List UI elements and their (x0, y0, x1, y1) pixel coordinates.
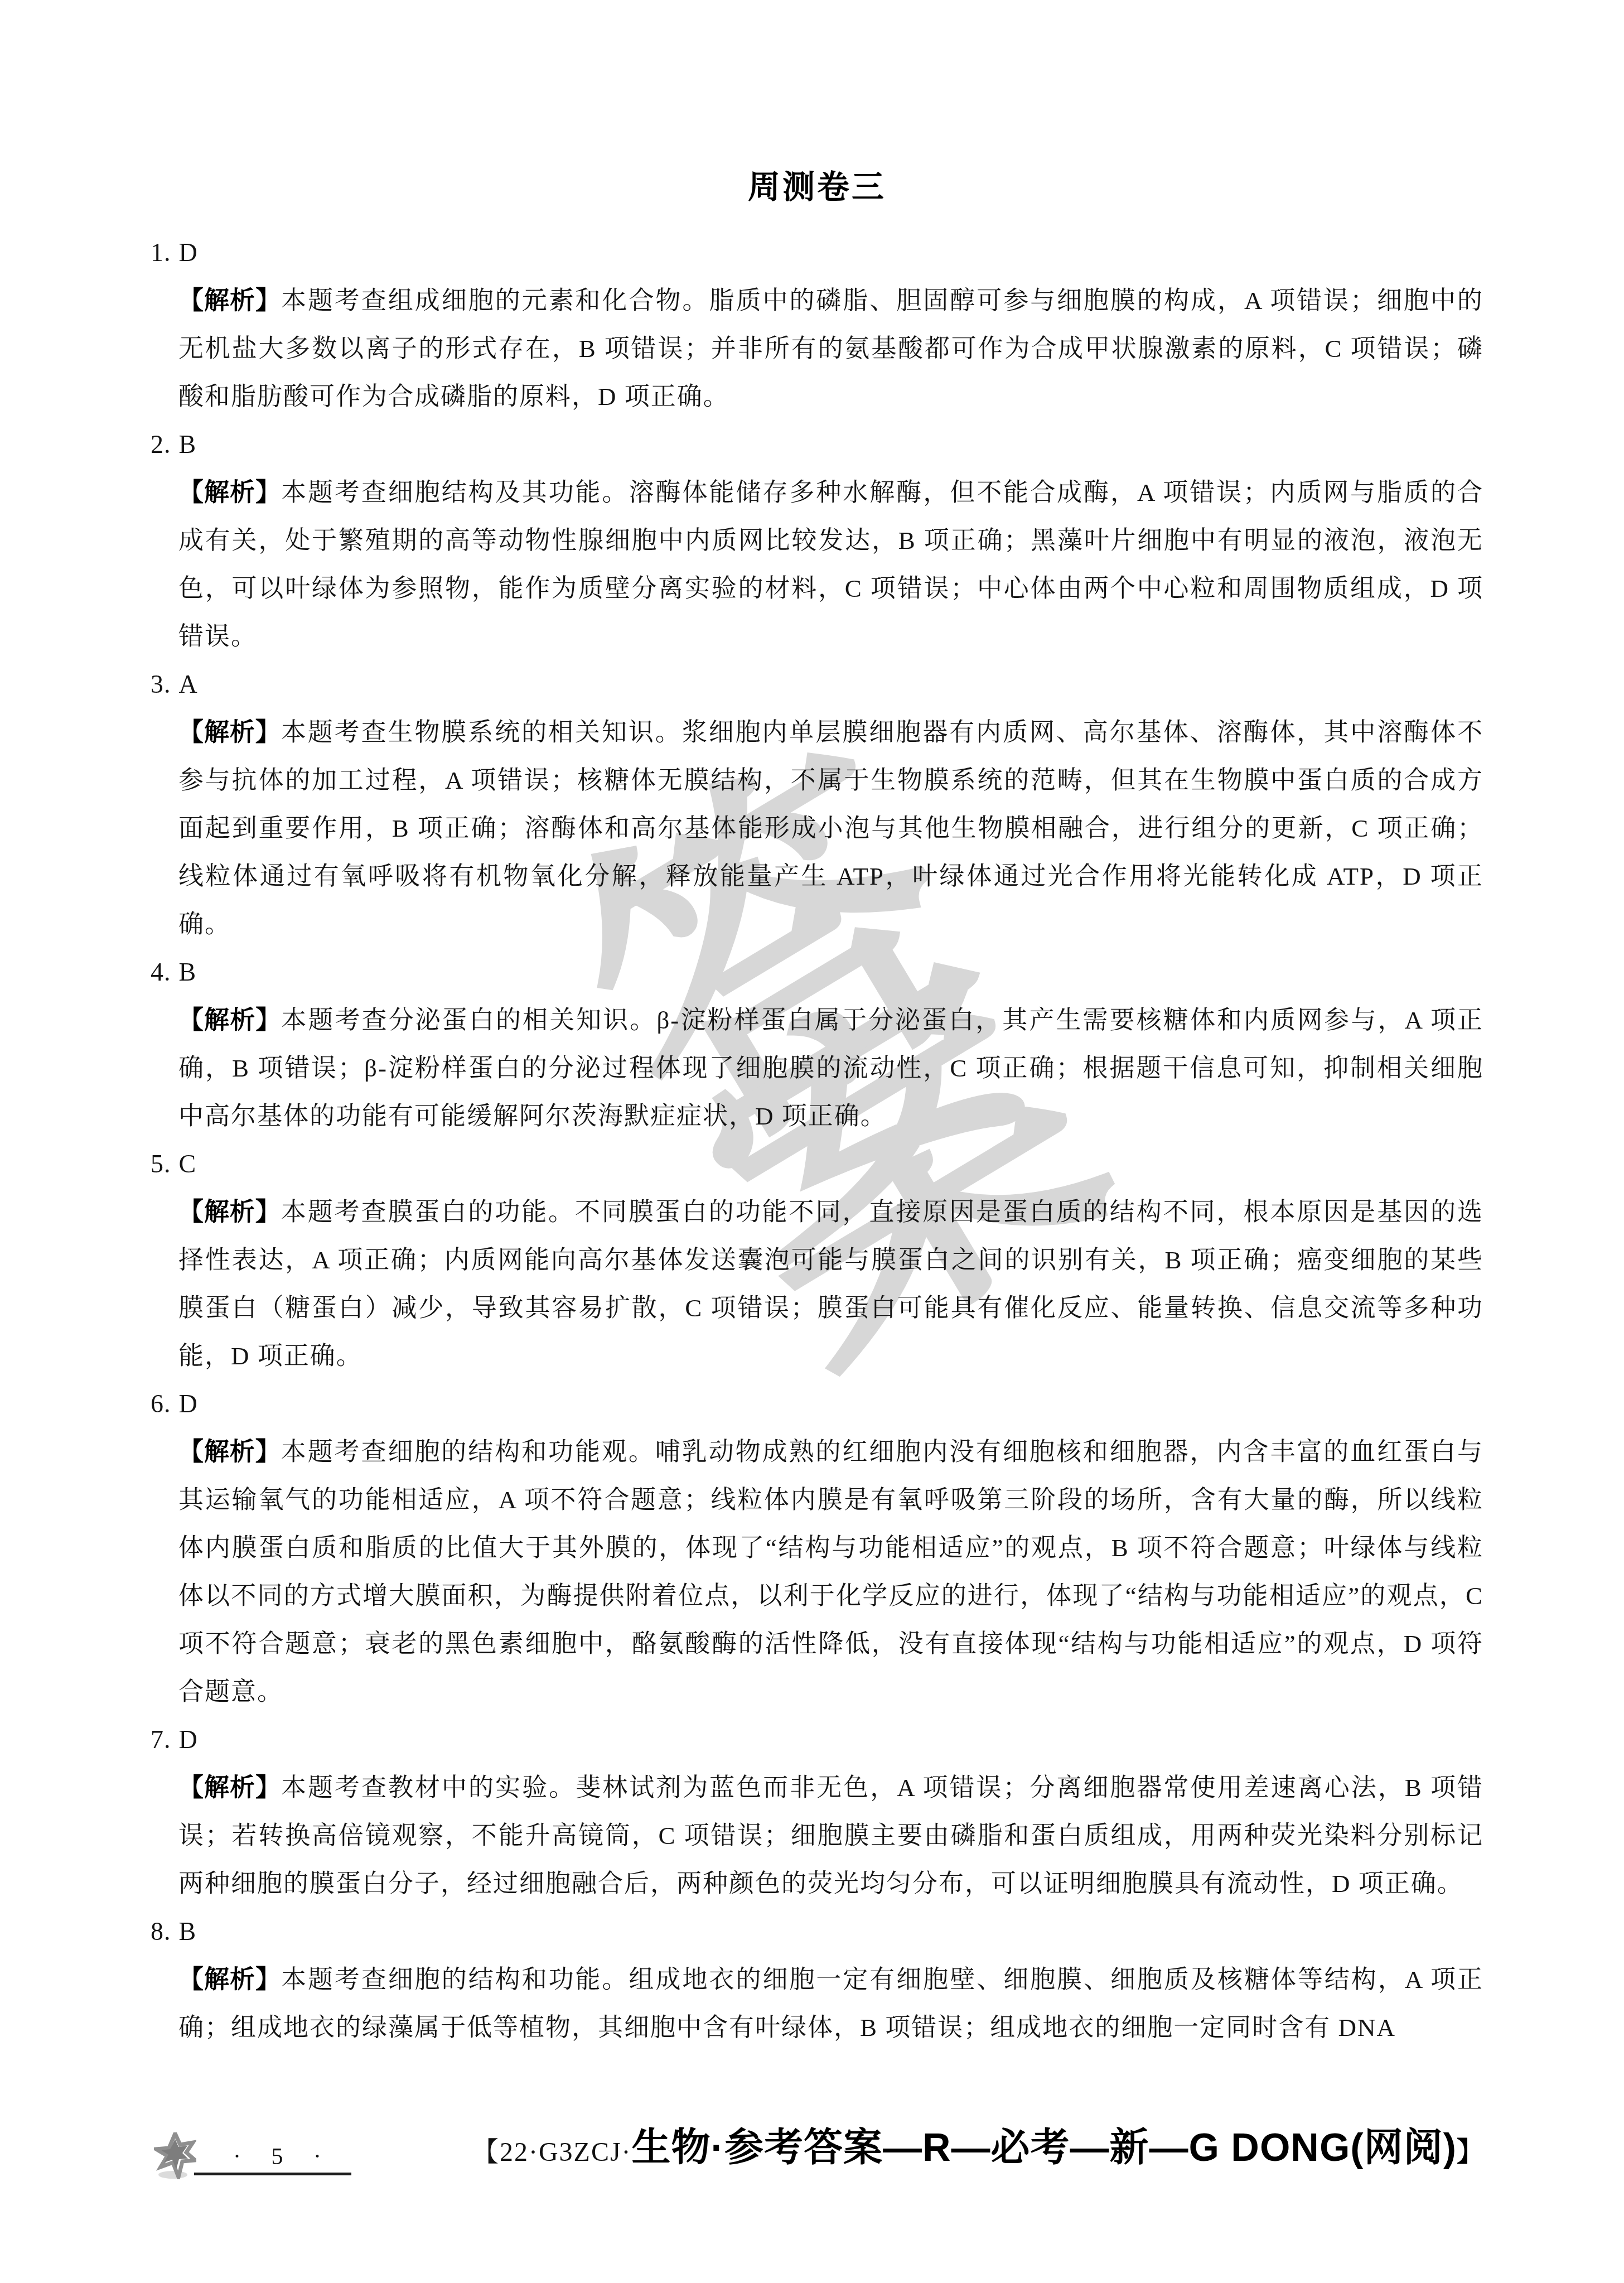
answer-letter: D (179, 229, 198, 277)
analysis-paragraph: 【解析】本题考查组成细胞的元素和化合物。脂质中的磷脂、胆固醇可参与细胞膜的构成，… (178, 277, 1483, 421)
analysis-label: 【解析】 (178, 1965, 281, 1994)
answer-letter: B (179, 421, 197, 469)
page-footer: · 5 · 【22·G3ZCJ·生物·参考答案—R—必考—新—G DONG(网阅… (151, 2117, 1483, 2239)
analysis-label: 【解析】 (178, 1773, 281, 1802)
analysis-label: 【解析】 (178, 1006, 281, 1034)
analysis-text: 本题考查细胞结构及其功能。溶酶体能储存多种水解酶，但不能合成酶，A 项错误；内质… (178, 479, 1483, 650)
star-burst-logo-icon (154, 2132, 196, 2179)
publication-code: 【22·G3ZCJ·生物·参考答案—R—必考—新—G DONG(网阅)】 (472, 2117, 1483, 2189)
analysis-paragraph: 【解析】本题考查细胞的结构和功能观。哺乳动物成熟的红细胞内没有细胞核和细胞器，内… (178, 1428, 1483, 1716)
question-number: 4. (151, 948, 171, 996)
answer-key-page: 答 案 周测卷三 1.D【解析】本题考查组成细胞的元素和化合物。脂质中的磷脂、胆… (0, 0, 1624, 2283)
analysis-paragraph: 【解析】本题考查分泌蛋白的相关知识。β-淀粉样蛋白属于分泌蛋白，其产生需要核糖体… (178, 996, 1483, 1140)
answer-letter: A (179, 660, 198, 708)
question-number-line: 1.D (151, 229, 1483, 277)
publication-code-main: 生物·参考答案—R—必考—新—G DONG(网阅) (632, 2126, 1457, 2169)
question-number-line: 4.B (151, 948, 1483, 996)
answer-item: 1.D【解析】本题考查组成细胞的元素和化合物。脂质中的磷脂、胆固醇可参与细胞膜的… (151, 229, 1483, 421)
answer-letter: B (179, 1908, 197, 1956)
analysis-text: 本题考查分泌蛋白的相关知识。β-淀粉样蛋白属于分泌蛋白，其产生需要核糖体和内质网… (178, 1006, 1483, 1130)
analysis-label: 【解析】 (178, 718, 281, 746)
page-title: 周测卷三 (151, 161, 1483, 207)
analysis-label: 【解析】 (178, 478, 281, 506)
question-number: 3. (151, 660, 171, 708)
question-number: 8. (151, 1908, 171, 1956)
answer-letter: D (179, 1380, 198, 1428)
analysis-text: 本题考查生物膜系统的相关知识。浆细胞内单层膜细胞器有内质网、高尔基体、溶酶体，其… (178, 718, 1483, 938)
document-content: 周测卷三 1.D【解析】本题考查组成细胞的元素和化合物。脂质中的磷脂、胆固醇可参… (0, 0, 1624, 2052)
question-number-line: 8.B (151, 1908, 1483, 1956)
analysis-text: 本题考查细胞的结构和功能。组成地衣的细胞一定有细胞壁、细胞膜、细胞质及核糖体等结… (178, 1966, 1483, 2041)
question-number: 6. (151, 1380, 171, 1428)
question-number-line: 7.D (151, 1716, 1483, 1764)
analysis-label: 【解析】 (178, 1198, 281, 1226)
question-number: 7. (151, 1716, 171, 1764)
question-number-line: 3.A (151, 660, 1483, 708)
answer-item: 5.C【解析】本题考查膜蛋白的功能。不同膜蛋白的功能不同，直接原因是蛋白质的结构… (151, 1140, 1483, 1380)
answer-item: 6.D【解析】本题考查细胞的结构和功能观。哺乳动物成熟的红细胞内没有细胞核和细胞… (151, 1380, 1483, 1716)
analysis-paragraph: 【解析】本题考查细胞结构及其功能。溶酶体能储存多种水解酶，但不能合成酶，A 项错… (178, 469, 1483, 660)
page-number: · 5 · (233, 2144, 333, 2170)
answer-item: 8.B【解析】本题考查细胞的结构和功能。组成地衣的细胞一定有细胞壁、细胞膜、细胞… (151, 1908, 1483, 2052)
answer-item: 2.B【解析】本题考查细胞结构及其功能。溶酶体能储存多种水解酶，但不能合成酶，A… (151, 421, 1483, 660)
analysis-text: 本题考查教材中的实验。斐林试剂为蓝色而非无色，A 项错误；分离细胞器常使用差速离… (178, 1774, 1483, 1898)
answer-letter: D (179, 1716, 198, 1764)
analysis-paragraph: 【解析】本题考查膜蛋白的功能。不同膜蛋白的功能不同，直接原因是蛋白质的结构不同，… (178, 1188, 1483, 1380)
answer-letter: B (179, 948, 197, 996)
question-number-line: 5.C (151, 1140, 1483, 1188)
analysis-text: 本题考查膜蛋白的功能。不同膜蛋白的功能不同，直接原因是蛋白质的结构不同，根本原因… (178, 1198, 1483, 1370)
question-number-line: 2.B (151, 421, 1483, 469)
question-number-line: 6.D (151, 1380, 1483, 1428)
answer-item: 3.A【解析】本题考查生物膜系统的相关知识。浆细胞内单层膜细胞器有内质网、高尔基… (151, 660, 1483, 948)
answer-items: 1.D【解析】本题考查组成细胞的元素和化合物。脂质中的磷脂、胆固醇可参与细胞膜的… (151, 229, 1483, 2052)
analysis-paragraph: 【解析】本题考查教材中的实验。斐林试剂为蓝色而非无色，A 项错误；分离细胞器常使… (178, 1764, 1483, 1908)
analysis-paragraph: 【解析】本题考查细胞的结构和功能。组成地衣的细胞一定有细胞壁、细胞膜、细胞质及核… (178, 1956, 1483, 2052)
publication-code-closing-bracket: 】 (1457, 2137, 1483, 2167)
analysis-text: 本题考查细胞的结构和功能观。哺乳动物成熟的红细胞内没有细胞核和细胞器，内含丰富的… (178, 1438, 1483, 1706)
analysis-label: 【解析】 (178, 286, 281, 315)
publication-code-prefix: 【22·G3ZCJ· (472, 2137, 632, 2167)
question-number: 5. (151, 1140, 171, 1188)
answer-item: 4.B【解析】本题考查分泌蛋白的相关知识。β-淀粉样蛋白属于分泌蛋白，其产生需要… (151, 948, 1483, 1140)
analysis-text: 本题考查组成细胞的元素和化合物。脂质中的磷脂、胆固醇可参与细胞膜的构成，A 项错… (178, 287, 1483, 411)
answer-letter: C (179, 1140, 197, 1188)
page-number-underline (194, 2173, 351, 2175)
question-number: 2. (151, 421, 171, 469)
answer-item: 7.D【解析】本题考查教材中的实验。斐林试剂为蓝色而非无色，A 项错误；分离细胞… (151, 1716, 1483, 1908)
analysis-paragraph: 【解析】本题考查生物膜系统的相关知识。浆细胞内单层膜细胞器有内质网、高尔基体、溶… (178, 708, 1483, 948)
analysis-label: 【解析】 (178, 1437, 281, 1466)
question-number: 1. (151, 229, 171, 277)
